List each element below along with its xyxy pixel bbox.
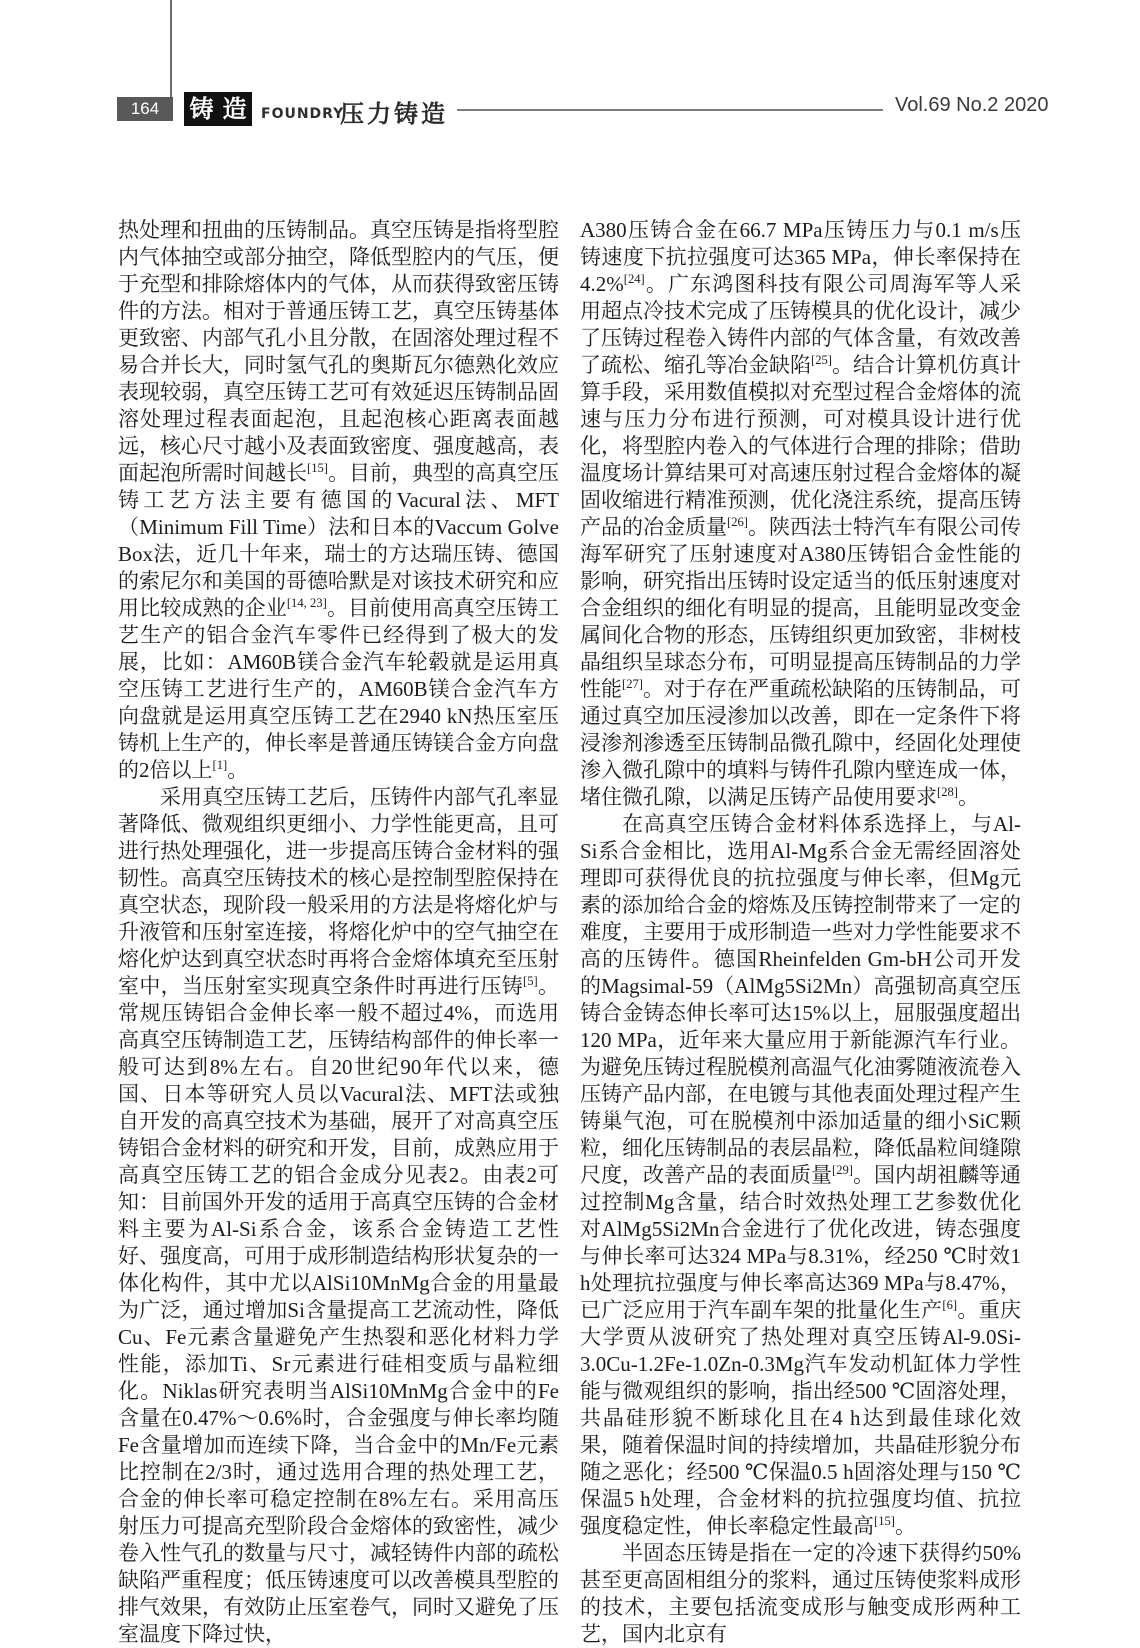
citation-superscript: [29] xyxy=(832,1163,853,1177)
citation-superscript: [24] xyxy=(624,272,645,286)
citation-superscript: [15] xyxy=(874,1514,895,1528)
paragraph: 采用真空压铸工艺后，压铸件内部气孔率显著降低、微观组织更细小、力学性能更高，且可… xyxy=(118,784,559,1648)
section-title: 压力铸造 xyxy=(340,94,448,129)
corner-crop-line xyxy=(170,0,172,97)
citation-superscript: [14, 23] xyxy=(287,596,327,610)
citation-superscript: [1] xyxy=(213,758,228,772)
journal-subtitle: FOUNDRY xyxy=(261,106,344,122)
citation-superscript: [28] xyxy=(937,785,958,799)
page-number: 164 xyxy=(131,99,159,118)
citation-superscript: [27] xyxy=(622,677,643,691)
header-divider-rule xyxy=(457,109,883,111)
citation-superscript: [15] xyxy=(307,461,328,475)
journal-logo: 铸 造 xyxy=(184,92,252,126)
citation-superscript: [26] xyxy=(727,515,748,529)
journal-page: 164 铸 造 FOUNDRY 压力铸造 Vol.69 No.2 2020 热处… xyxy=(0,0,1140,1600)
paragraph: 在高真空压铸合金材料体系选择上，与Al-Si系合金相比，选用Al-Mg系合金无需… xyxy=(580,811,1021,1540)
right-text-column: A380压铸合金在66.7 MPa压铸压力与0.1 m/s压铸速度下抗拉强度可达… xyxy=(580,217,1021,1648)
logo-char-zhu: 铸 xyxy=(186,94,217,124)
logo-char-zao: 造 xyxy=(219,94,250,124)
paragraph: 热处理和扭曲的压铸制品。真空压铸是指将型腔内气体抽空或部分抽空，降低型腔内的气压… xyxy=(118,217,559,784)
page-number-badge: 164 xyxy=(117,97,173,121)
citation-superscript: [25] xyxy=(811,353,832,367)
paragraph: 半固态压铸是指在一定的冷速下获得约50%甚至更高固相组分的浆料，通过压铸使浆料成… xyxy=(580,1540,1021,1648)
citation-superscript: [5] xyxy=(523,974,538,988)
left-text-column: 热处理和扭曲的压铸制品。真空压铸是指将型腔内气体抽空或部分抽空，降低型腔内的气压… xyxy=(118,217,559,1648)
citation-superscript: [6] xyxy=(942,1298,957,1312)
issue-info: Vol.69 No.2 2020 xyxy=(895,94,1045,117)
paragraph: A380压铸合金在66.7 MPa压铸压力与0.1 m/s压铸速度下抗拉强度可达… xyxy=(580,217,1021,811)
